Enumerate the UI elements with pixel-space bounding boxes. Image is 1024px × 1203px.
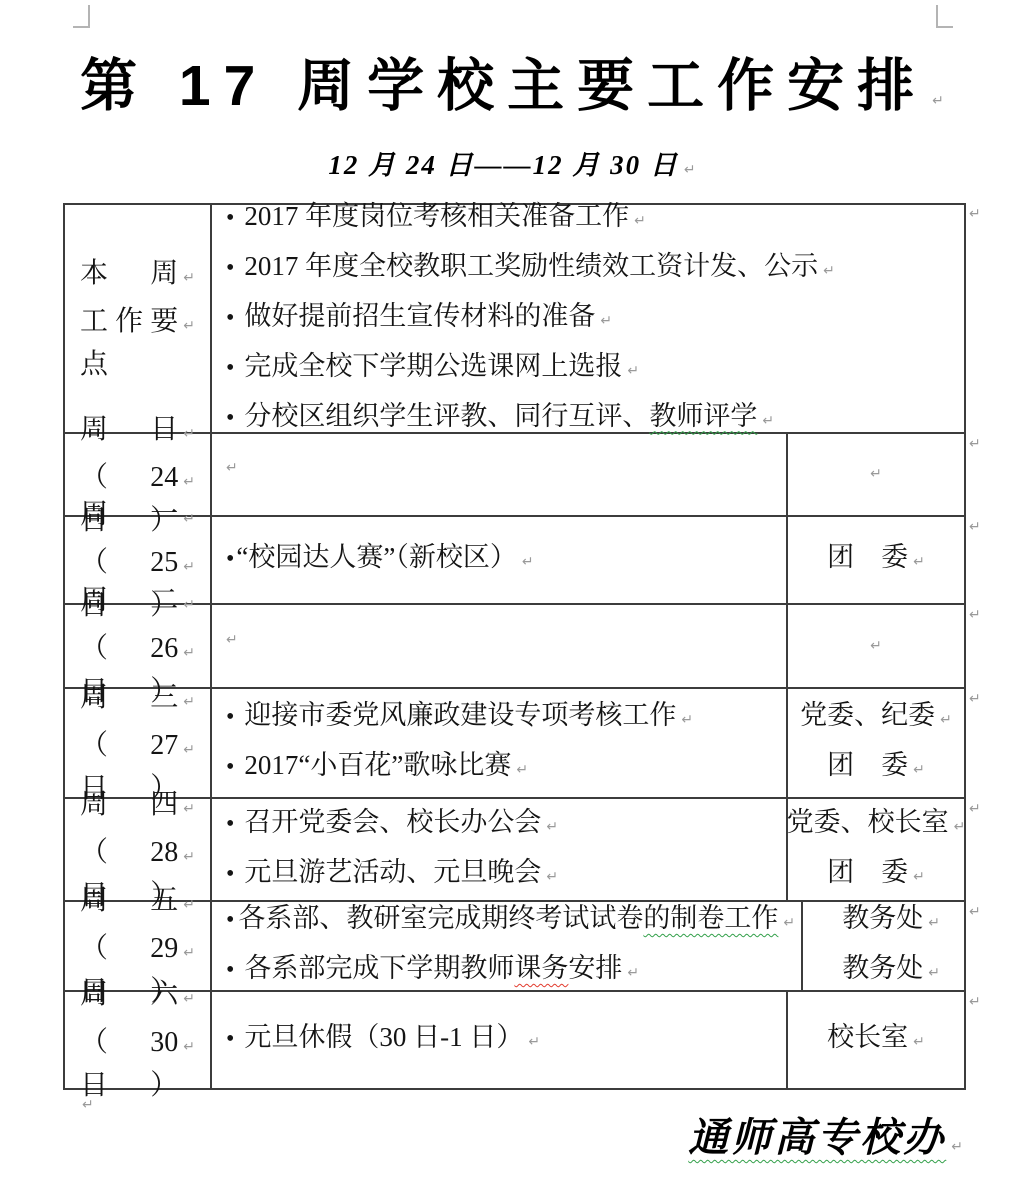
table-row-week-points: 本周↵ 工作要点↵ •2017 年度岗位考核相关准备工作↵ •2017 年度全校… xyxy=(65,205,964,434)
return-mark-icon: ↵ xyxy=(969,607,981,623)
return-mark-icon: ↵ xyxy=(969,436,981,452)
tasks-cell: •“校园达人赛”（新校区）↵ xyxy=(212,517,786,603)
return-mark-icon: ↵ xyxy=(913,1034,925,1050)
department-cell: 校长室↵ xyxy=(786,992,964,1088)
row-label-line2: 工作要点 xyxy=(80,300,178,386)
return-mark-icon: ↵ xyxy=(969,206,981,222)
task-item: •元旦休假（30 日-1 日）↵ xyxy=(226,1015,780,1065)
row-label-tuesday: 周二↵ （26 日）↵ xyxy=(65,605,212,687)
department-cell: ↵ xyxy=(786,605,964,687)
department-cell: ↵ xyxy=(786,434,964,515)
return-mark-icon: ↵ xyxy=(522,540,534,585)
bullet-icon: • xyxy=(226,537,234,582)
table-row-sunday: 周日↵ （24 日）↵ ↵ ↵ xyxy=(65,434,964,517)
return-mark-icon: ↵ xyxy=(627,349,639,394)
department-cell: 党委、纪委↵ 团 委↵ xyxy=(786,689,964,797)
return-mark-icon: ↵ xyxy=(954,819,966,835)
day-name: 周三 xyxy=(80,676,178,719)
day-date: （30 日） xyxy=(80,1021,178,1107)
tasks-cell: •各系部、教研室完成期终考试试卷的制卷工作↵ •各系部完成下学期教师课务安排↵ xyxy=(212,902,801,990)
return-mark-icon: ↵ xyxy=(183,729,195,772)
return-mark-icon: ↵ xyxy=(928,915,940,931)
return-mark-icon: ↵ xyxy=(870,624,882,669)
return-mark-icon: ↵ xyxy=(969,994,981,1010)
table-row-friday: 周五↵ （29 日）↵ •各系部、教研室完成期终考试试卷的制卷工作↵ •各系部完… xyxy=(65,902,964,992)
department-name: 教务处↵ xyxy=(842,896,940,946)
return-mark-icon: ↵ xyxy=(823,249,835,294)
page-corner-mark-top-right xyxy=(936,5,953,28)
return-mark-icon: ↵ xyxy=(183,836,195,879)
date-range-text: 12 月 24 日——12 月 30 日 xyxy=(328,150,679,180)
return-mark-icon: ↵ xyxy=(681,698,693,743)
department-name: 团 委↵ xyxy=(827,743,925,793)
table-row-monday: 周一↵ （25 日）↵ •“校园达人赛”（新校区）↵ 团 委↵ xyxy=(65,517,964,605)
return-mark-icon: ↵ xyxy=(516,748,528,793)
return-mark-icon: ↵ xyxy=(183,632,195,675)
task-item: •各系部完成下学期教师课务安排↵ xyxy=(226,946,795,996)
tasks-cell: ↵ xyxy=(212,434,786,515)
return-mark-icon: ↵ xyxy=(183,788,195,831)
department-cell: 教务处↵ 教务处↵ xyxy=(801,902,979,990)
day-name: 周五 xyxy=(80,879,178,922)
row-label-wednesday: 周三↵ （27 日）↵ xyxy=(65,689,212,797)
bullet-icon: • xyxy=(226,948,234,993)
return-mark-icon: ↵ xyxy=(226,618,238,663)
return-mark-icon: ↵ xyxy=(969,801,981,817)
table-row-tuesday: 周二↵ （26 日）↵ ↵ ↵ xyxy=(65,605,964,689)
tasks-cell: •召开党委会、校长办公会↵ •元旦游艺活动、元旦晚会↵ xyxy=(212,799,786,900)
tasks-cell: •迎接市委党风廉政建设专项考核工作↵ •2017“小百花”歌咏比赛↵ xyxy=(212,689,786,797)
page-title: 第 17 周学校主要工作安排↵ xyxy=(0,40,1024,122)
day-name: 周一 xyxy=(80,493,178,536)
return-mark-icon: ↵ xyxy=(684,162,696,178)
return-mark-icon: ↵ xyxy=(969,519,981,535)
return-mark-icon: ↵ xyxy=(951,1139,963,1155)
return-mark-icon: ↵ xyxy=(183,681,195,724)
bullet-icon: • xyxy=(226,898,234,943)
bullet-icon: • xyxy=(226,695,234,740)
bullet-icon: • xyxy=(226,296,234,341)
day-name: 周六 xyxy=(80,973,178,1016)
schedule-table: 本周↵ 工作要点↵ •2017 年度岗位考核相关准备工作↵ •2017 年度全校… xyxy=(63,203,966,1090)
table-row-wednesday: 周三↵ （27 日）↵ •迎接市委党风廉政建设专项考核工作↵ •2017“小百花… xyxy=(65,689,964,799)
department-cell: 党委、校长室↵ 团 委↵ xyxy=(786,799,964,900)
department-name: 党委、纪委↵ xyxy=(800,693,952,743)
row-label-saturday: 周六↵ （30 日）↵ xyxy=(65,992,212,1088)
return-mark-icon: ↵ xyxy=(913,869,925,885)
task-item: •2017 年度全校教职工奖励性绩效工资计发、公示↵ xyxy=(226,244,958,294)
task-item: •召开党委会、校长办公会↵ xyxy=(226,800,780,850)
day-name: 周日 xyxy=(80,408,178,451)
return-mark-icon: ↵ xyxy=(546,805,558,850)
tasks-cell: •元旦休假（30 日-1 日）↵ xyxy=(212,992,786,1088)
task-item: •迎接市委党风廉政建设专项考核工作↵ xyxy=(226,693,780,743)
task-item: •2017“小百花”歌咏比赛↵ xyxy=(226,743,780,793)
return-mark-icon: ↵ xyxy=(932,93,944,109)
row-label-week-points: 本周↵ 工作要点↵ xyxy=(65,205,212,432)
task-item: •2017 年度岗位考核相关准备工作↵ xyxy=(226,194,958,244)
bullet-icon: • xyxy=(226,802,234,847)
return-mark-icon: ↵ xyxy=(183,932,195,975)
department-name: 团 委↵ xyxy=(827,535,925,585)
return-mark-icon: ↵ xyxy=(600,299,612,344)
return-mark-icon: ↵ xyxy=(913,762,925,778)
bullet-icon: • xyxy=(226,1017,234,1062)
bullet-icon: • xyxy=(226,745,234,790)
bullet-icon: • xyxy=(226,346,234,391)
return-mark-icon: ↵ xyxy=(183,498,195,541)
return-mark-icon: ↵ xyxy=(634,199,646,244)
return-mark-icon: ↵ xyxy=(940,712,952,728)
bullet-icon: • xyxy=(226,852,234,897)
task-item: •完成全校下学期公选课网上选报↵ xyxy=(226,344,958,394)
document-page: 第 17 周学校主要工作安排↵ 12 月 24 日——12 月 30 日↵ 本周… xyxy=(0,0,1024,1203)
table-row-thursday: 周四↵ （28 日）↵ •召开党委会、校长办公会↵ •元旦游艺活动、元旦晚会↵ … xyxy=(65,799,964,902)
task-item: •元旦游艺活动、元旦晚会↵ xyxy=(226,850,780,900)
return-mark-icon: ↵ xyxy=(183,978,195,1021)
tasks-cell: ↵ xyxy=(212,605,786,687)
return-mark-icon: ↵ xyxy=(183,305,195,348)
department-cell: 团 委↵ xyxy=(786,517,964,603)
page-title-text: 第 17 周学校主要工作安排 xyxy=(80,54,927,118)
page-corner-mark-top-left xyxy=(73,5,90,28)
task-item: •“校园达人赛”（新校区）↵ xyxy=(226,535,780,585)
department-name: 团 委↵ xyxy=(827,850,925,900)
spellcheck-underlined-text: 的制卷工作 xyxy=(643,903,778,933)
spellcheck-underlined-text: 课务 xyxy=(514,953,568,983)
return-mark-icon: ↵ xyxy=(183,584,195,627)
return-mark-icon: ↵ xyxy=(627,951,639,996)
task-item: •各系部、教研室完成期终考试试卷的制卷工作↵ xyxy=(226,896,795,946)
return-mark-icon: ↵ xyxy=(969,691,981,707)
department-name: 校长室↵ xyxy=(827,1015,925,1065)
return-mark-icon: ↵ xyxy=(928,965,940,981)
bullet-icon: • xyxy=(226,196,234,241)
return-mark-icon: ↵ xyxy=(183,1026,195,1069)
department-name: 教务处↵ xyxy=(842,946,940,996)
return-mark-icon: ↵ xyxy=(183,884,195,927)
return-mark-icon: ↵ xyxy=(969,904,981,920)
return-mark-icon: ↵ xyxy=(183,413,195,456)
return-mark-icon: ↵ xyxy=(913,554,925,570)
return-mark-icon: ↵ xyxy=(783,901,795,946)
department-name: 党委、校长室↵ xyxy=(787,800,966,850)
bullet-icon: • xyxy=(226,246,234,291)
footer-signature: 通师高专校办↵ xyxy=(0,1106,963,1163)
return-mark-icon: ↵ xyxy=(226,446,238,491)
spellcheck-underlined-text: 教师评学 xyxy=(649,401,757,431)
row-label-line1: 本周 xyxy=(80,252,178,295)
day-name: 周四 xyxy=(80,783,178,826)
return-mark-icon: ↵ xyxy=(528,1020,540,1065)
return-mark-icon: ↵ xyxy=(870,452,882,497)
return-mark-icon: ↵ xyxy=(546,855,558,900)
task-item: •做好提前招生宣传材料的准备↵ xyxy=(226,294,958,344)
return-mark-icon: ↵ xyxy=(183,257,195,300)
day-name: 周二 xyxy=(80,579,178,622)
date-range: 12 月 24 日——12 月 30 日↵ xyxy=(0,143,1024,182)
table-row-saturday: 周六↵ （30 日）↵ •元旦休假（30 日-1 日）↵ 校长室↵ xyxy=(65,992,964,1088)
week-points-list: •2017 年度岗位考核相关准备工作↵ •2017 年度全校教职工奖励性绩效工资… xyxy=(212,205,964,432)
footer-signature-text: 通师高专校办 xyxy=(688,1115,946,1160)
